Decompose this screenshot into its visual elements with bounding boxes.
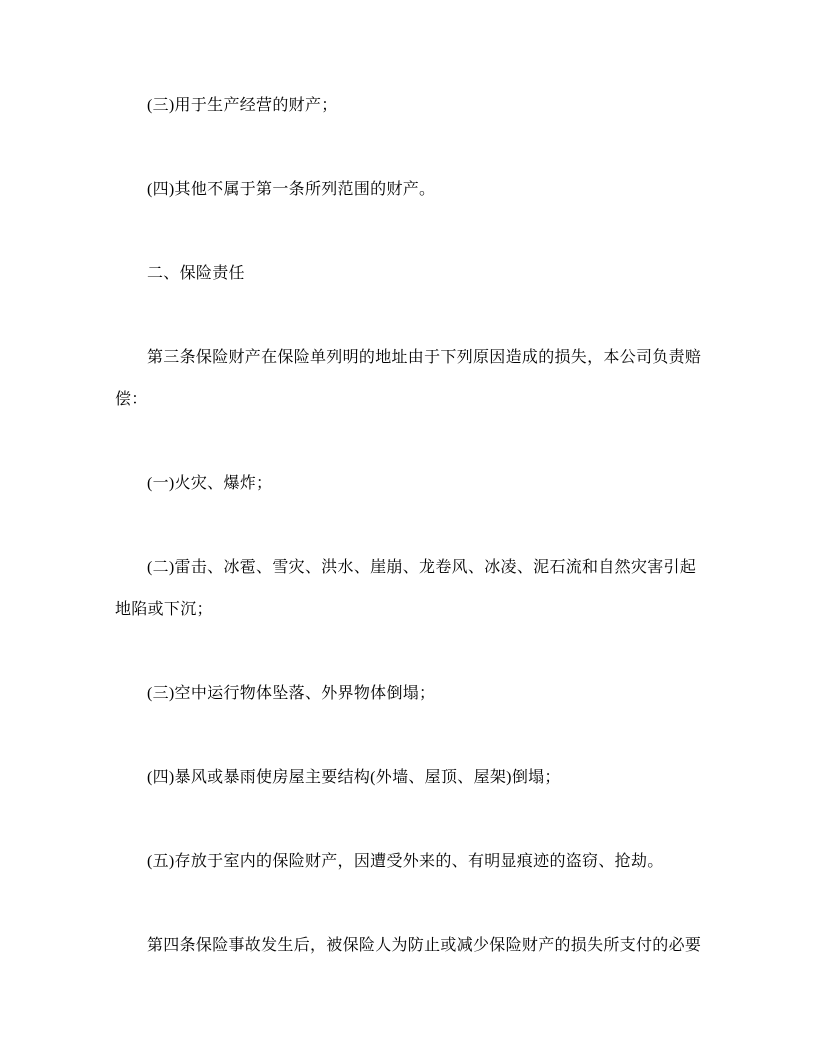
article-3-item-2-natural-disasters: (二)雷击、冰雹、雪灾、洪水、崖崩、龙卷风、冰凌、泥石流和自然灾害引起 地陷或下… xyxy=(115,547,707,631)
item-4-other-property: (四)其他不属于第一条所列范围的财产。 xyxy=(115,169,707,211)
item-3-production-operating-property: (三)用于生产经营的财产； xyxy=(115,85,707,127)
document-content: (三)用于生产经营的财产； (四)其他不属于第一条所列范围的财产。 二、保险责任… xyxy=(115,85,707,1009)
section-2-heading-insurance-liability: 二、保险责任 xyxy=(115,253,707,295)
article-3-item-1-fire-explosion: (一)火灾、爆炸； xyxy=(115,463,707,505)
article-3-item-4-storm-structure-collapse: (四)暴风或暴雨使房屋主要结构(外墙、屋顶、屋架)倒塌； xyxy=(115,757,707,799)
article-3-intro: 第三条保险财产在保险单列明的地址由于下列原因造成的损失，本公司负责赔 偿： xyxy=(115,337,707,421)
article-3-item-3-falling-objects-collapse: (三)空中运行物体坠落、外界物体倒塌； xyxy=(115,673,707,715)
document-page: (三)用于生产经营的财产； (四)其他不属于第一条所列范围的财产。 二、保险责任… xyxy=(0,0,816,1056)
article-4-paragraph: 第四条保险事故发生后，被保险人为防止或减少保险财产的损失所支付的必要 xyxy=(115,925,707,967)
article-3-item-5-theft-robbery: (五)存放于室内的保险财产，因遭受外来的、有明显痕迹的盗窃、抢劫。 xyxy=(115,841,707,883)
